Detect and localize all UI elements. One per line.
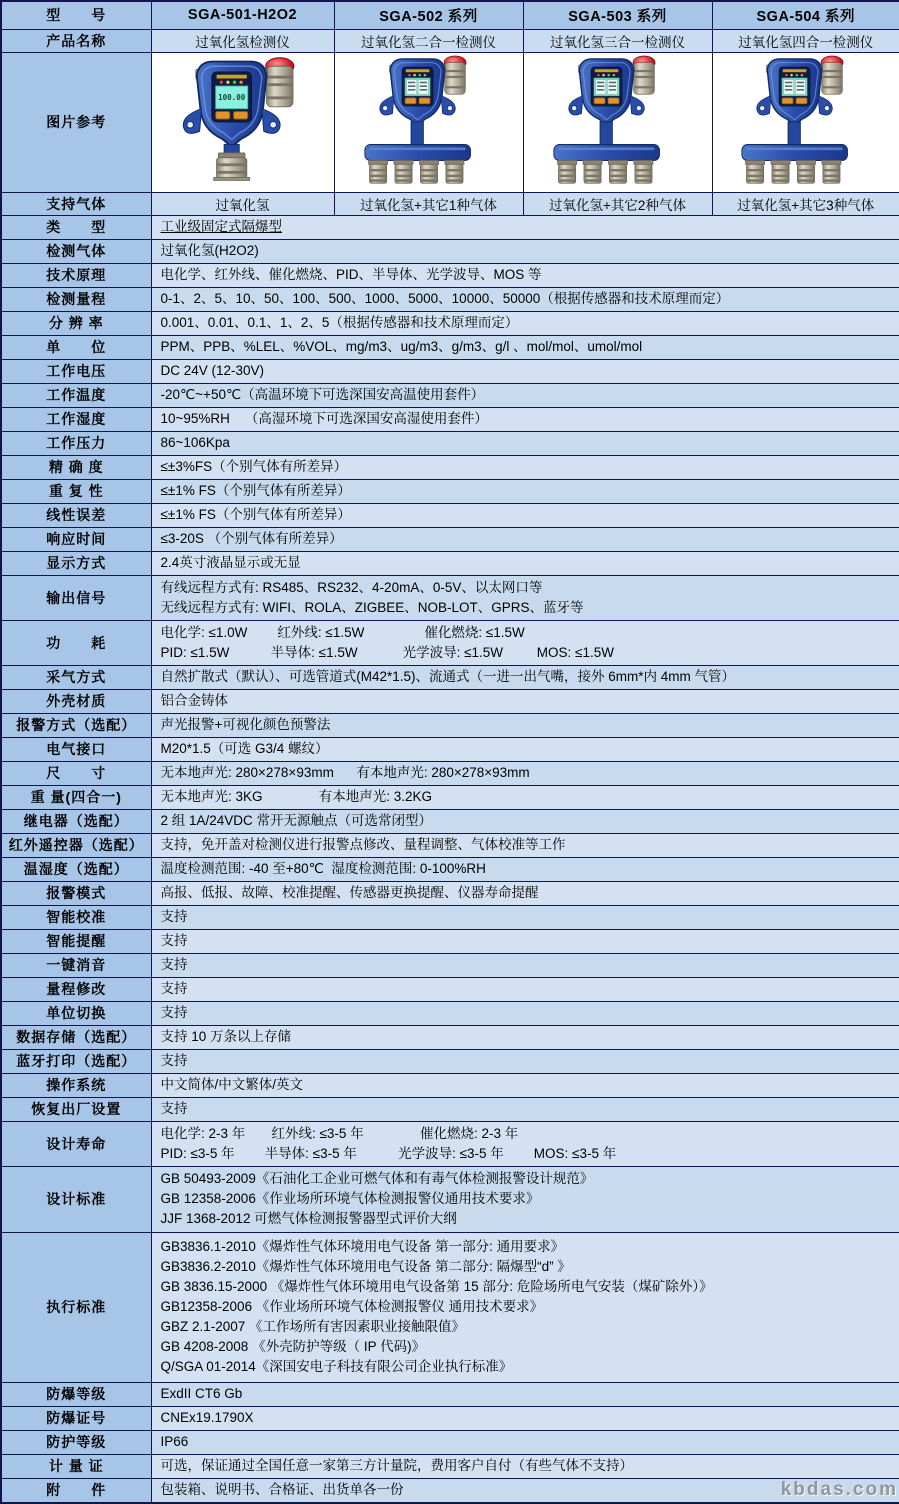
spec-value: 2 组 1A/24VDC 常开无源触点（可选常闭型） <box>151 809 899 833</box>
spec-value: DC 24V (12-30V) <box>151 359 899 383</box>
spec-label: 蓝牙打印（选配） <box>1 1049 151 1073</box>
supported-gas: 过氧化氢+其它2种气体 <box>523 192 712 215</box>
spec-value: 支持 <box>151 1049 899 1073</box>
table-row: 一键消音支持 <box>1 953 899 977</box>
spec-label: 一键消音 <box>1 953 151 977</box>
product-image-sga-502 <box>343 54 515 186</box>
spec-label: 技术原理 <box>1 263 151 287</box>
spec-label: 执行标准 <box>1 1232 151 1382</box>
spec-label: 防护等级 <box>1 1430 151 1454</box>
table-row: 响应时间≤3-20S （个别气体有所差异） <box>1 527 899 551</box>
table-row: 防护等级IP66 <box>1 1430 899 1454</box>
spec-value: 2.4英寸液晶显示或无显 <box>151 551 899 575</box>
spec-value: PPM、PPB、%LEL、%VOL、mg/m3、ug/m3、g/m3、g/l 、… <box>151 335 899 359</box>
table-row: 恢复出厂设置支持 <box>1 1097 899 1121</box>
spec-value: 支持 <box>151 1097 899 1121</box>
spec-value: 无本地声光: 3KG 有本地声光: 3.2KG <box>151 785 899 809</box>
table-row: 防爆等级ExdII CT6 Gb <box>1 1382 899 1406</box>
spec-value: IP66 <box>151 1430 899 1454</box>
spec-value: ExdII CT6 Gb <box>151 1382 899 1406</box>
table-row: 分 辨 率0.001、0.01、0.1、1、2、5（根据传感器和技术原理而定） <box>1 311 899 335</box>
table-row: 工作压力86~106Kpa <box>1 431 899 455</box>
spec-value: 0.001、0.01、0.1、1、2、5（根据传感器和技术原理而定） <box>151 311 899 335</box>
spec-value: 可选，保证通过全国任意一家第三方计量院，费用客户自付（有些气体不支持） <box>151 1454 899 1478</box>
model-sga-504: SGA-504 系列 <box>712 1 899 29</box>
table-row: 数据存储（选配）支持 10 万条以上存储 <box>1 1025 899 1049</box>
spec-rows: 类 型工业级固定式隔爆型检测气体过氧化氢(H2O2)技术原理电化学、红外线、催化… <box>1 215 899 1503</box>
table-row: 单 位PPM、PPB、%LEL、%VOL、mg/m3、ug/m3、g/m3、g/… <box>1 335 899 359</box>
type-link[interactable]: 工业级固定式隔爆型 <box>151 215 899 239</box>
spec-label: 线性误差 <box>1 503 151 527</box>
product-name: 过氧化氢四合一检测仪 <box>712 29 899 52</box>
spec-value: GB 50493-2009《石油化工企业可燃气体和有毒气体检测报警设计规范》 G… <box>151 1166 899 1232</box>
watermark: kbdas.com <box>781 1479 898 1501</box>
spec-label: 数据存储（选配） <box>1 1025 151 1049</box>
table-row: 计 量 证可选，保证通过全国任意一家第三方计量院，费用客户自付（有些气体不支持） <box>1 1454 899 1478</box>
spec-label: 工作湿度 <box>1 407 151 431</box>
spec-label: 精 确 度 <box>1 455 151 479</box>
spec-label: 智能提醒 <box>1 929 151 953</box>
table-row: 工作电压DC 24V (12-30V) <box>1 359 899 383</box>
spec-label: 输出信号 <box>1 575 151 620</box>
table-row: 精 确 度≤±3%FS（个别气体有所差异） <box>1 455 899 479</box>
table-row: 量程修改支持 <box>1 977 899 1001</box>
model-row: 型 号 SGA-501-H2O2 SGA-502 系列 SGA-503 系列 S… <box>1 1 899 29</box>
product-name: 过氧化氢检测仪 <box>151 29 334 52</box>
spec-label: 功 耗 <box>1 620 151 665</box>
spec-label: 显示方式 <box>1 551 151 575</box>
table-row: 报警模式高报、低报、故障、校准提醒、传感器更换提醒、仪器寿命提醒 <box>1 881 899 905</box>
spec-value: 支持 10 万条以上存储 <box>151 1025 899 1049</box>
product-name: 过氧化氢三合一检测仪 <box>523 29 712 52</box>
spec-label: 报警模式 <box>1 881 151 905</box>
spec-label: 重 复 性 <box>1 479 151 503</box>
product-image-sga-501: 100.00 <box>157 54 329 186</box>
spec-label: 类 型 <box>1 215 151 239</box>
table-row: 智能提醒支持 <box>1 929 899 953</box>
spec-label: 智能校准 <box>1 905 151 929</box>
model-sga-503: SGA-503 系列 <box>523 1 712 29</box>
spec-label: 工作压力 <box>1 431 151 455</box>
table-row: 显示方式2.4英寸液晶显示或无显 <box>1 551 899 575</box>
gases-row: 支持气体 过氧化氢 过氧化氢+其它1种气体 过氧化氢+其它2种气体 过氧化氢+其… <box>1 192 899 215</box>
table-row: 采气方式自然扩散式（默认）、可选管道式(M42*1.5)、流通式（一进一出气嘴，… <box>1 665 899 689</box>
spec-value: 支持，免开盖对检测仪进行报警点修改、量程调整、气体校准等工作 <box>151 833 899 857</box>
table-row: 类 型工业级固定式隔爆型 <box>1 215 899 239</box>
table-row: 温湿度（选配）温度检测范围: -40 至+80℃ 湿度检测范围: 0-100%R… <box>1 857 899 881</box>
table-row: 重 复 性≤±1% FS（个别气体有所差异） <box>1 479 899 503</box>
spec-value: 10~95%RH （高湿环境下可选深国安高湿使用套件） <box>151 407 899 431</box>
spec-value: ≤±3%FS（个别气体有所差异） <box>151 455 899 479</box>
table-row: 线性误差≤±1% FS（个别气体有所差异） <box>1 503 899 527</box>
spec-value: 支持 <box>151 953 899 977</box>
spec-label: 继电器（选配） <box>1 809 151 833</box>
table-row: 执行标准GB3836.1-2010《爆炸性气体环境用电气设备 第一部分: 通用要… <box>1 1232 899 1382</box>
spec-value: 无本地声光: 280×278×93mm 有本地声光: 280×278×93mm <box>151 761 899 785</box>
spec-label: 报警方式（选配） <box>1 713 151 737</box>
spec-value: 过氧化氢(H2O2) <box>151 239 899 263</box>
table-row: 外壳材质铝合金铸体 <box>1 689 899 713</box>
spec-value: 电化学: ≤1.0W 红外线: ≤1.5W 催化燃烧: ≤1.5W PID: ≤… <box>151 620 899 665</box>
table-row: 附 件包装箱、说明书、合格证、出货单各一份 <box>1 1478 899 1503</box>
spec-value: ≤±1% FS（个别气体有所差异） <box>151 479 899 503</box>
spec-value: 中文简体/中文繁体/英文 <box>151 1073 899 1097</box>
spec-value: 电化学: 2-3 年 红外线: ≤3-5 年 催化燃烧: 2-3 年 PID: … <box>151 1121 899 1166</box>
spec-value: -20℃~+50℃（高温环境下可选深国安高温使用套件） <box>151 383 899 407</box>
table-row: 尺 寸无本地声光: 280×278×93mm 有本地声光: 280×278×93… <box>1 761 899 785</box>
spec-value: ≤3-20S （个别气体有所差异） <box>151 527 899 551</box>
spec-label: 防爆等级 <box>1 1382 151 1406</box>
spec-label: 单 位 <box>1 335 151 359</box>
table-row: 检测量程0-1、2、5、10、50、100、500、1000、5000、1000… <box>1 287 899 311</box>
spec-value: 高报、低报、故障、校准提醒、传感器更换提醒、仪器寿命提醒 <box>151 881 899 905</box>
supported-gas: 过氧化氢+其它3种气体 <box>712 192 899 215</box>
supported-gas: 过氧化氢 <box>151 192 334 215</box>
spec-label: 重 量(四合一) <box>1 785 151 809</box>
model-sga-501: SGA-501-H2O2 <box>151 1 334 29</box>
table-row: 操作系统中文简体/中文繁体/英文 <box>1 1073 899 1097</box>
spec-label: 工作电压 <box>1 359 151 383</box>
spec-value: M20*1.5（可选 G3/4 螺纹） <box>151 737 899 761</box>
product-name-row: 产品名称 过氧化氢检测仪 过氧化氢二合一检测仪 过氧化氢三合一检测仪 过氧化氢四… <box>1 29 899 52</box>
spec-table: 型 号 SGA-501-H2O2 SGA-502 系列 SGA-503 系列 S… <box>0 0 899 1504</box>
product-row-label: 产品名称 <box>1 29 151 52</box>
spec-value: 声光报警+可视化颜色预警法 <box>151 713 899 737</box>
table-row: 报警方式（选配）声光报警+可视化颜色预警法 <box>1 713 899 737</box>
spec-value: 电化学、红外线、催化燃烧、PID、半导体、光学波导、MOS 等 <box>151 263 899 287</box>
spec-label: 检测气体 <box>1 239 151 263</box>
table-row: 设计寿命电化学: 2-3 年 红外线: ≤3-5 年 催化燃烧: 2-3 年 P… <box>1 1121 899 1166</box>
spec-value: 温度检测范围: -40 至+80℃ 湿度检测范围: 0-100%RH <box>151 857 899 881</box>
gases-row-label: 支持气体 <box>1 192 151 215</box>
spec-sheet-page: 型 号 SGA-501-H2O2 SGA-502 系列 SGA-503 系列 S… <box>0 0 899 1504</box>
spec-label: 尺 寸 <box>1 761 151 785</box>
spec-value: GB3836.1-2010《爆炸性气体环境用电气设备 第一部分: 通用要求》 G… <box>151 1232 899 1382</box>
spec-label: 分 辨 率 <box>1 311 151 335</box>
spec-label: 附 件 <box>1 1478 151 1503</box>
spec-value: 支持 <box>151 905 899 929</box>
table-row: 蓝牙打印（选配）支持 <box>1 1049 899 1073</box>
table-row: 红外遥控器（选配）支持，免开盖对检测仪进行报警点修改、量程调整、气体校准等工作 <box>1 833 899 857</box>
spec-value: 支持 <box>151 977 899 1001</box>
table-row: 设计标准GB 50493-2009《石油化工企业可燃气体和有毒气体检测报警设计规… <box>1 1166 899 1232</box>
spec-label: 电气接口 <box>1 737 151 761</box>
image-row: 图片参考 100.00 <box>1 52 899 192</box>
spec-label: 单位切换 <box>1 1001 151 1025</box>
spec-value: CNEx19.1790X <box>151 1406 899 1430</box>
spec-label: 外壳材质 <box>1 689 151 713</box>
spec-label: 防爆证号 <box>1 1406 151 1430</box>
table-row: 检测气体过氧化氢(H2O2) <box>1 239 899 263</box>
spec-label: 检测量程 <box>1 287 151 311</box>
table-row: 重 量(四合一)无本地声光: 3KG 有本地声光: 3.2KG <box>1 785 899 809</box>
spec-value: 铝合金铸体 <box>151 689 899 713</box>
table-row: 工作湿度10~95%RH （高湿环境下可选深国安高湿使用套件） <box>1 407 899 431</box>
image-row-label: 图片参考 <box>1 52 151 192</box>
spec-label: 操作系统 <box>1 1073 151 1097</box>
spec-value: 支持 <box>151 1001 899 1025</box>
table-row: 防爆证号CNEx19.1790X <box>1 1406 899 1430</box>
spec-label: 量程修改 <box>1 977 151 1001</box>
spec-label: 工作温度 <box>1 383 151 407</box>
spec-label: 温湿度（选配） <box>1 857 151 881</box>
svg-text:100.00: 100.00 <box>218 93 246 102</box>
table-row: 智能校准支持 <box>1 905 899 929</box>
spec-value: ≤±1% FS（个别气体有所差异） <box>151 503 899 527</box>
table-row: 技术原理电化学、红外线、催化燃烧、PID、半导体、光学波导、MOS 等 <box>1 263 899 287</box>
spec-label: 设计寿命 <box>1 1121 151 1166</box>
table-row: 继电器（选配）2 组 1A/24VDC 常开无源触点（可选常闭型） <box>1 809 899 833</box>
table-row: 功 耗电化学: ≤1.0W 红外线: ≤1.5W 催化燃烧: ≤1.5W PID… <box>1 620 899 665</box>
table-row: 工作温度-20℃~+50℃（高温环境下可选深国安高温使用套件） <box>1 383 899 407</box>
product-image-sga-504 <box>720 54 892 186</box>
spec-label: 恢复出厂设置 <box>1 1097 151 1121</box>
product-name: 过氧化氢二合一检测仪 <box>334 29 523 52</box>
spec-label: 计 量 证 <box>1 1454 151 1478</box>
spec-value: 支持 <box>151 929 899 953</box>
spec-value: 有线远程方式有: RS485、RS232、4-20mA、0-5V、以太网口等 无… <box>151 575 899 620</box>
model-sga-502: SGA-502 系列 <box>334 1 523 29</box>
product-image-sga-503 <box>532 54 704 186</box>
spec-value: 自然扩散式（默认）、可选管道式(M42*1.5)、流通式（一进一出气嘴，接外 6… <box>151 665 899 689</box>
model-row-label: 型 号 <box>1 1 151 29</box>
spec-label: 设计标准 <box>1 1166 151 1232</box>
spec-value: 86~106Kpa <box>151 431 899 455</box>
supported-gas: 过氧化氢+其它1种气体 <box>334 192 523 215</box>
table-row: 单位切换支持 <box>1 1001 899 1025</box>
table-row: 电气接口M20*1.5（可选 G3/4 螺纹） <box>1 737 899 761</box>
spec-label: 采气方式 <box>1 665 151 689</box>
table-row: 输出信号有线远程方式有: RS485、RS232、4-20mA、0-5V、以太网… <box>1 575 899 620</box>
spec-value: 0-1、2、5、10、50、100、500、1000、5000、10000、50… <box>151 287 899 311</box>
spec-label: 响应时间 <box>1 527 151 551</box>
spec-label: 红外遥控器（选配） <box>1 833 151 857</box>
